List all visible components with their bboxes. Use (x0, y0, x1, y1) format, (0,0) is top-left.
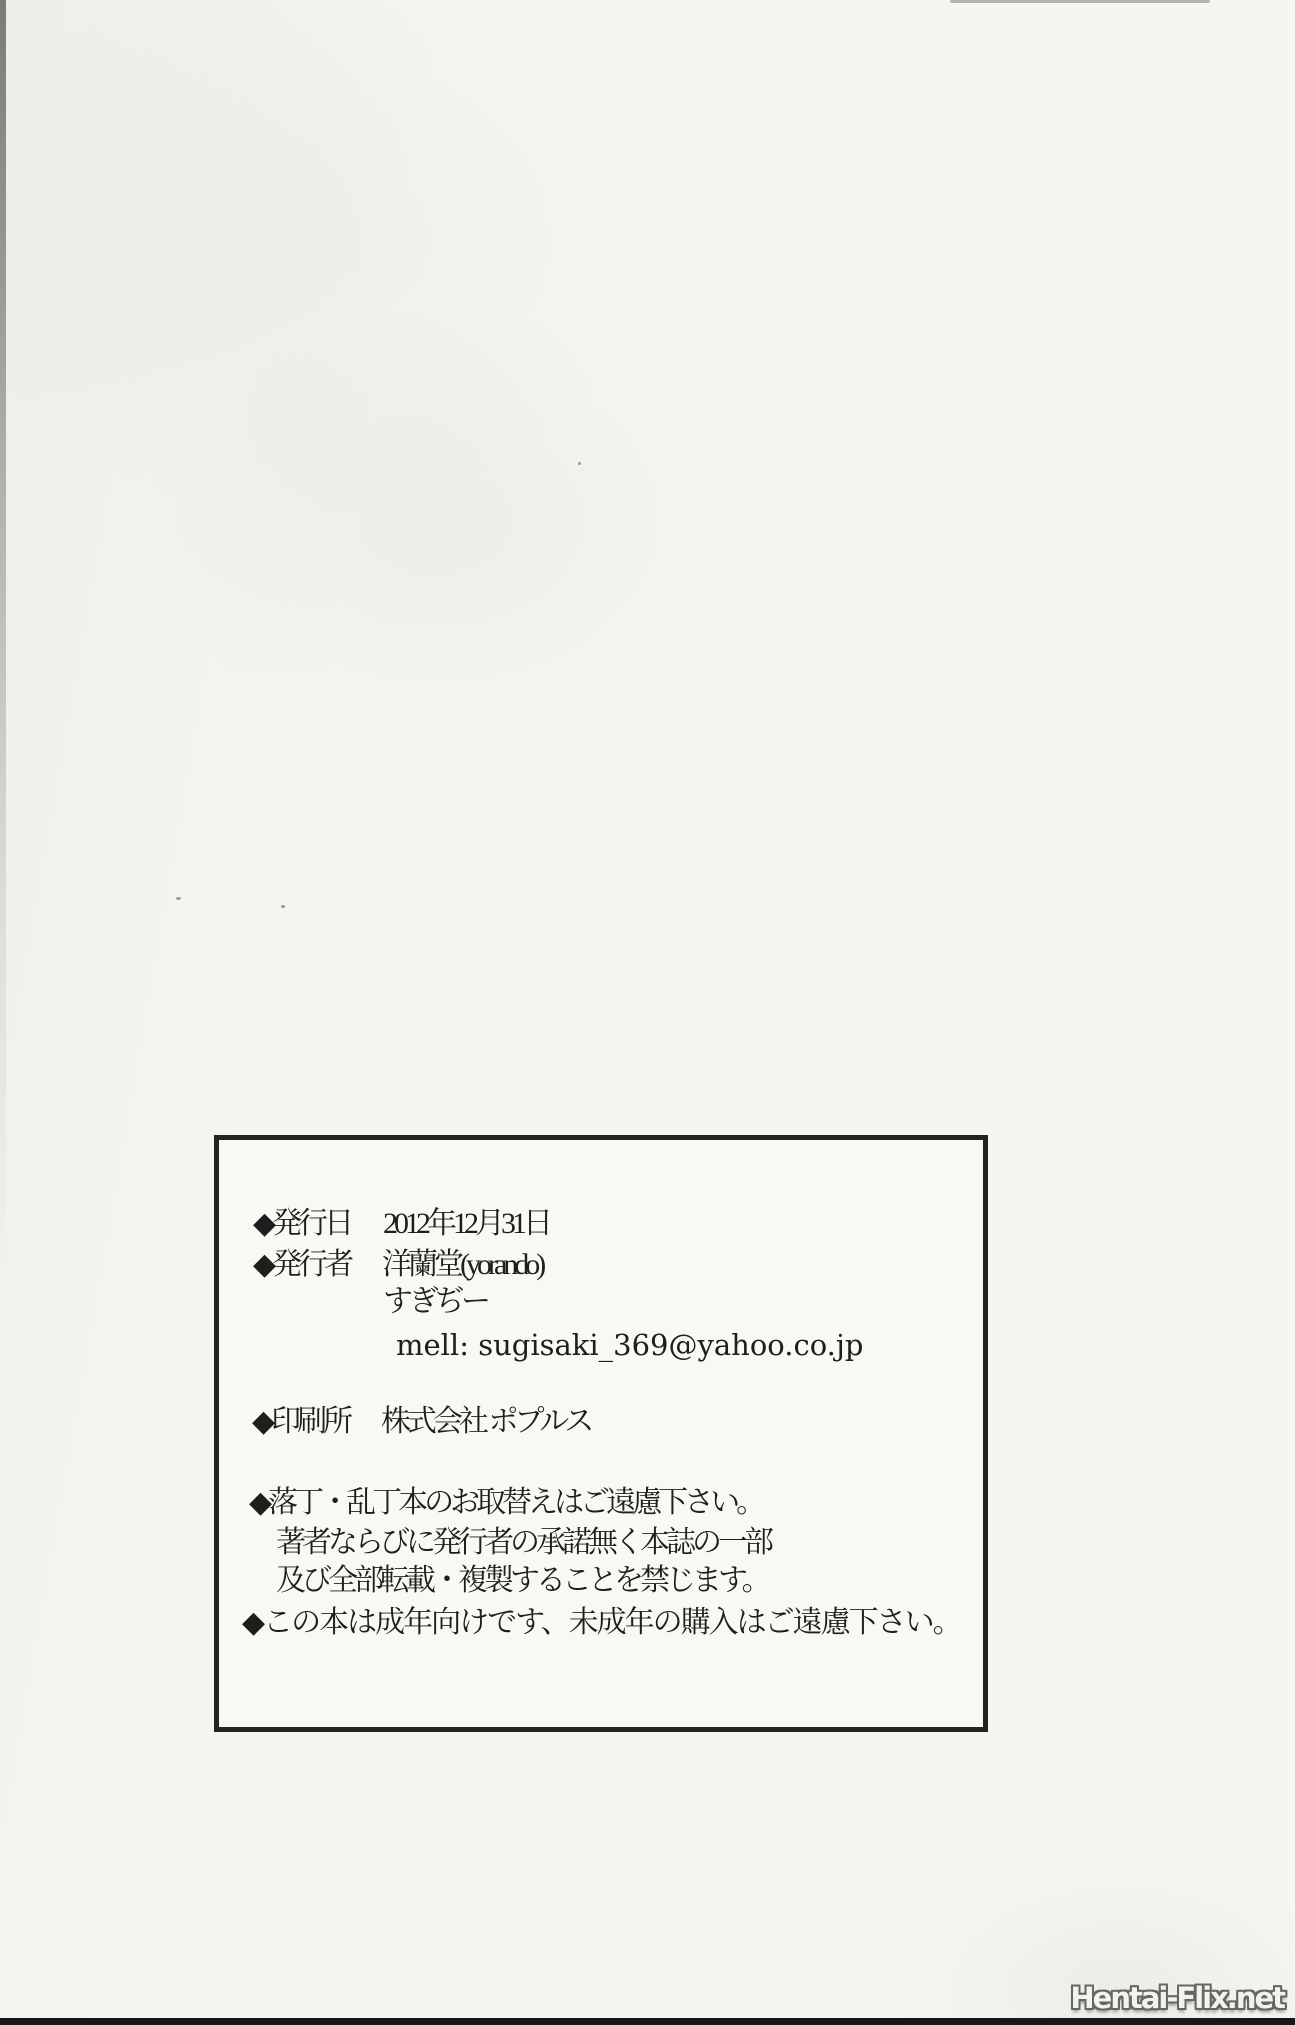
printer-value: 株式会社 ポプルス (381, 1407, 590, 1437)
watermark-logo: Hentai-Flix.net (1070, 1981, 1284, 2015)
issue-date-value: 2012年12月31日 (383, 1209, 549, 1239)
scan-speck (578, 462, 581, 465)
publisher-label: ◆発行者 (253, 1250, 350, 1280)
scan-speck (281, 905, 285, 908)
notice-line-4: ◆この本は成年向けです、未成年の購入はご遠慮下さい。 (242, 1608, 961, 1638)
colophon-box: ◆発行日 2012年12月31日 ◆発行者 洋蘭堂(yorando) すぎぢー … (214, 1135, 988, 1732)
notice-line-1: ◆落丁・乱丁本のお取替えはご遠慮下さい。 (249, 1488, 762, 1518)
scan-bottom-edge (0, 2018, 1295, 2025)
scanned-page: ◆発行日 2012年12月31日 ◆発行者 洋蘭堂(yorando) すぎぢー … (0, 0, 1295, 2025)
author-name: すぎぢー (383, 1287, 487, 1317)
scan-speck (176, 897, 181, 900)
notice-line-2: 著者ならびに発行者の承諾無く本誌の一部 (276, 1528, 770, 1558)
scan-left-edge-shadow (0, 0, 6, 1500)
contact-email: mell: sugisaki_369@yahoo.co.jp (396, 1331, 863, 1360)
publisher-value: 洋蘭堂(yorando) (382, 1250, 542, 1280)
scan-top-edge-smudge (950, 0, 1210, 3)
notice-line-3: 及び全部転載・複製することを禁じます。 (276, 1566, 768, 1596)
printer-label: ◆印刷所 (252, 1407, 349, 1437)
issue-date-label: ◆発行日 (253, 1209, 350, 1239)
